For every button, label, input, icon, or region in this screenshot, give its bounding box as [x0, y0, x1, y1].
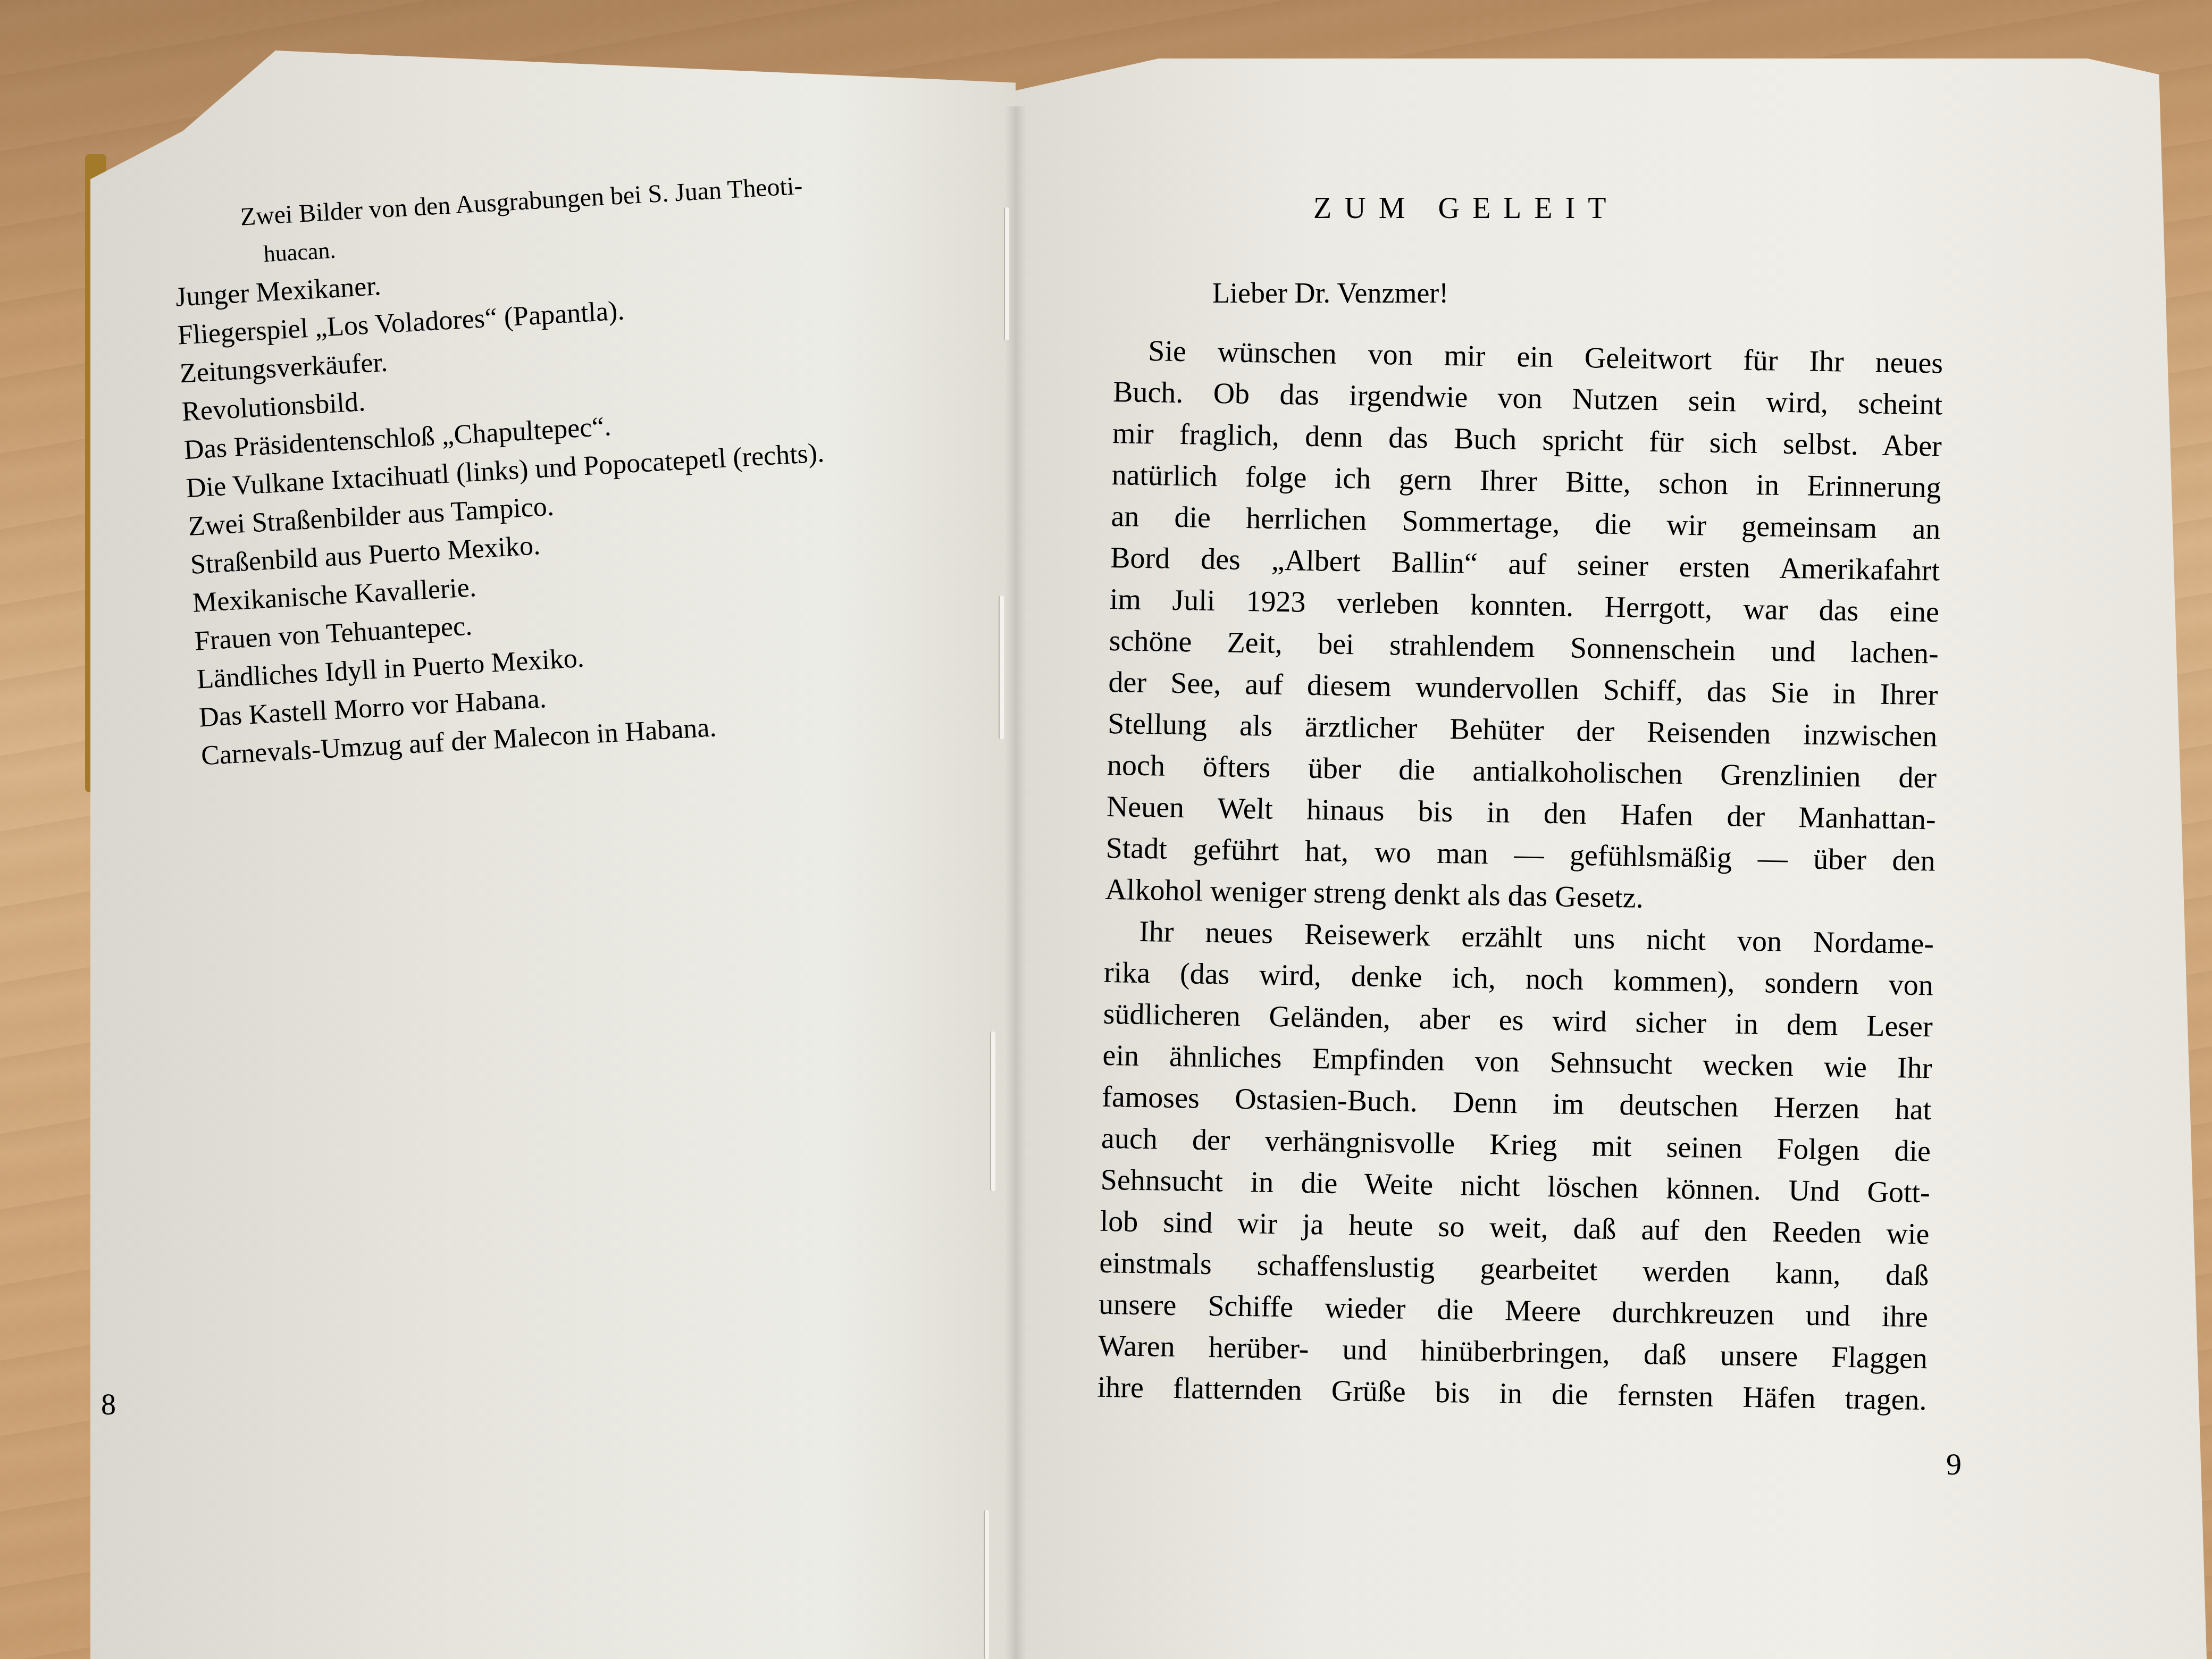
page-number-right: 9: [1946, 1446, 1962, 1482]
binding-stitch: [1004, 207, 1009, 340]
chapter-heading: ZUM GELEIT: [1313, 191, 1619, 225]
foreword-body: Sie wünschen von mir ein Geleitwort für …: [1097, 330, 1943, 1421]
binding-stitch: [984, 1510, 989, 1659]
binding-stitch: [990, 1032, 995, 1191]
page-number-left: 8: [101, 1388, 116, 1422]
salutation: Lieber Dr. Venzmer!: [1212, 276, 1448, 309]
binding-stitch: [999, 596, 1004, 739]
illustration-list: Zwei Bilder von den Ausgrabungen bei S. …: [170, 159, 972, 775]
